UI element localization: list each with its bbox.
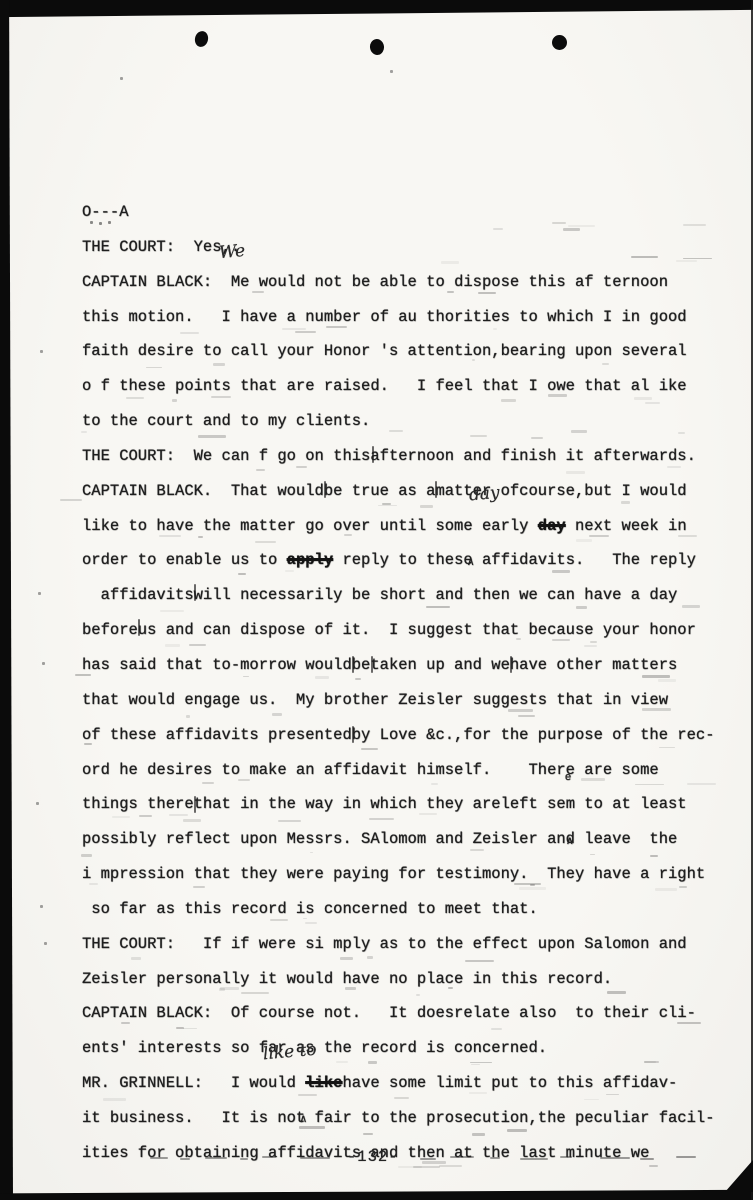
scan-smudge xyxy=(38,592,41,595)
transcript-line: MR. GRINNELL: I would like to∧likehave s… xyxy=(82,1066,715,1101)
binding-hole xyxy=(369,38,385,56)
typed-text: m to at least xyxy=(566,795,687,813)
transcript-text: O---ATHE COURT: Yes,.CAPTAIN BLACK: WeMe… xyxy=(82,195,715,1171)
transcript-line: CAPTAIN BLACK: WeMe would not be able to… xyxy=(82,265,715,300)
typed-text: reply to these affidavits. The reply xyxy=(333,551,696,569)
transcript-line: beforeus and can dispose of it. I sugges… xyxy=(82,613,715,648)
scan-smudge xyxy=(120,77,123,80)
typed-text: have some limit put to this affidav- xyxy=(342,1074,677,1092)
typed-text: that would engage us. My brother Zeisler… xyxy=(82,691,668,709)
typed-text: order to enable us to xyxy=(82,551,287,569)
scanned-page: O---ATHE COURT: Yes,.CAPTAIN BLACK: WeMe… xyxy=(0,0,753,1200)
transcript-line: THE COURT: Yes,. xyxy=(82,230,715,265)
scan-smudge xyxy=(40,905,43,908)
transcript-line: CAPTAIN BLACK: Of course not. It doesrel… xyxy=(82,996,715,1031)
typed-text: has said that to-morrow wouldbetaken up … xyxy=(82,656,677,674)
struck-word: apply xyxy=(287,551,334,569)
page-number: -132- xyxy=(347,1148,399,1166)
typed-text: Me would not be able to dispose this af … xyxy=(231,273,668,291)
scan-smudge xyxy=(36,802,39,805)
transcript-line: CAPTAIN BLACK. That wouldbe true as amat… xyxy=(82,474,715,509)
binding-hole xyxy=(552,35,567,50)
transcript-line: this motion. I have a number of au thori… xyxy=(82,300,715,335)
inserted-letter: e xyxy=(565,761,572,796)
typed-text: of these affidavits presentedby Love &c.… xyxy=(82,726,715,744)
transcript-line: THE COURT: If if were si mply as to the … xyxy=(82,927,715,962)
typed-text: early xyxy=(473,517,538,535)
transcript-line: i mpression that they were paying for te… xyxy=(82,857,715,892)
typed-text: O---A xyxy=(82,203,129,221)
transcript-line: ents' interests so far as the record is … xyxy=(82,1031,715,1066)
handwritten-correction: We xyxy=(217,234,246,271)
transcript-line: O---A xyxy=(82,195,715,230)
typed-text: faith desire to call your Honor 's atten… xyxy=(82,342,687,360)
transcript-line: so far as this record is concerned to me… xyxy=(82,892,715,927)
typed-text: THE COURT: We can f go on thisafternoon … xyxy=(82,447,696,465)
binding-hole xyxy=(193,30,209,49)
scan-edge-bottom xyxy=(0,1188,753,1200)
typed-text: o f these points that are raised. I feel… xyxy=(82,377,687,395)
transcript-line: Zeisler personally it would have no plac… xyxy=(82,962,715,997)
typed-text: this motion. I have a number of au thori… xyxy=(82,308,687,326)
transcript-line: affidavitswill necessarily be short and … xyxy=(82,578,715,613)
typed-text: CAPTAIN BLACK. That wouldbe true as amat… xyxy=(82,482,687,500)
caret-mark: ∧ xyxy=(299,1102,307,1137)
typed-text: Zeisler personally it would have no plac… xyxy=(82,970,612,988)
typed-text: MR. GRINNELL: I would xyxy=(82,1074,305,1092)
typed-text: beforeus and can dispose of it. I sugges… xyxy=(82,621,696,639)
typed-text: affidavitswill necessarily be short and … xyxy=(82,586,677,604)
typed-text: possibly reflect upon Messrs. SAlomom an… xyxy=(82,830,677,848)
typed-text: like to have the matter go over until so… xyxy=(82,517,473,535)
transcript-line: o f these points that are raised. I feel… xyxy=(82,369,715,404)
transcript-line: that would engage us. My brother Zeisler… xyxy=(82,683,715,718)
typed-text: next week in xyxy=(566,517,687,535)
transcript-line: possibly reflect upon Messrs. SAlomom an… xyxy=(82,822,715,857)
typed-text: THE COURT: Yes,. xyxy=(82,238,240,256)
transcript-line: like to have the matter go over until so… xyxy=(82,509,715,544)
transcript-line: faith desire to call your Honor 's atten… xyxy=(82,334,715,369)
typed-text: ord he desires to make an affidavit hims… xyxy=(82,761,659,779)
scan-corner-mark xyxy=(725,1160,753,1192)
typed-text: THE COURT: If if were si mply as to the … xyxy=(82,935,687,953)
typed-text: CAPTAIN BLACK: Of course not. It doesrel… xyxy=(82,1004,696,1022)
scan-smudge xyxy=(44,942,47,945)
scan-smudge xyxy=(60,499,82,501)
scan-smudge xyxy=(42,662,45,665)
struck-word: day xyxy=(538,517,566,535)
scan-edge-left xyxy=(0,0,13,1200)
transcript-line: order to enable us to apply reply to the… xyxy=(82,543,715,578)
transcript-line: it business. It is not fair to the prose… xyxy=(82,1101,715,1136)
scan-smudge xyxy=(40,350,43,353)
typed-text: i mpression that they were paying for te… xyxy=(82,865,705,883)
typed-text: to the court and to my clients. xyxy=(82,412,370,430)
scan-smudge xyxy=(390,70,393,73)
transcript-line: things therethat in the way in which the… xyxy=(82,787,715,822)
typed-text: things therethat in the way in which the… xyxy=(82,795,566,813)
transcript-line: has said that to-morrow wouldbetaken up … xyxy=(82,648,715,683)
typed-text: it business. It is not fair to the prose… xyxy=(82,1109,715,1127)
caret-mark: ∧ xyxy=(566,824,574,859)
transcript-line: ord he desires to make an affidavit hims… xyxy=(82,753,715,788)
transcript-line: THE COURT: We can f go on thisafternoon … xyxy=(82,439,715,474)
handwritten-correction: like to xyxy=(262,1033,319,1072)
scan-edge-top xyxy=(0,0,753,18)
struck-word: like xyxy=(305,1074,342,1092)
typed-text: CAPTAIN BLACK: xyxy=(82,273,231,291)
transcript-line: of these affidavits presentedby Love &c.… xyxy=(82,718,715,753)
transcript-line: to the court and to my clients. xyxy=(82,404,715,439)
handwritten-correction: day xyxy=(467,475,501,512)
caret-mark: ∧ xyxy=(467,545,475,580)
typed-text: so far as this record is concerned to me… xyxy=(82,900,538,918)
